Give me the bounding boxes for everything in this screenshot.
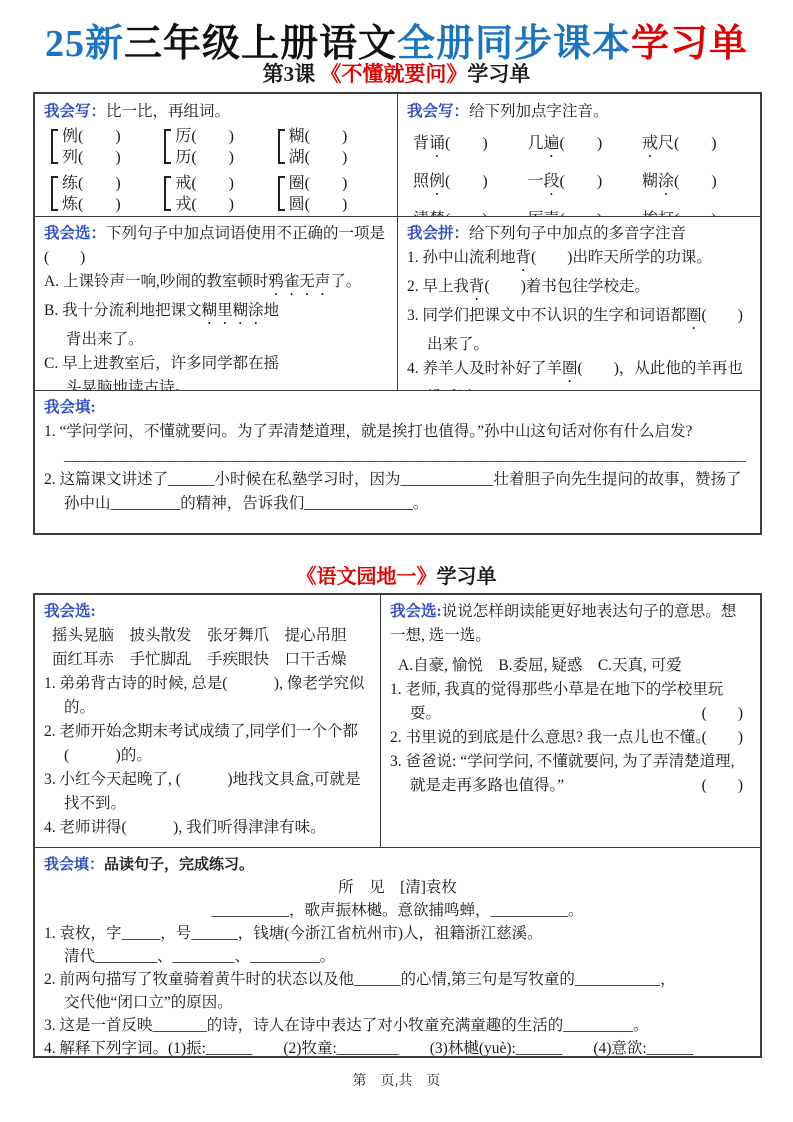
yuwen-yuandi-table: 我会选: 摇头晃脑 披头散发 张牙舞爪 提心吊胆 面红耳赤 手忙脚乱 手疾眼快 … xyxy=(33,593,762,1058)
write-pinyin-head: 我会写：给下列加点字注音。 xyxy=(407,99,751,124)
table1-row2: 我会选：下列句子中加点词语使用不正确的一项是( ) A. 上课铃声一响,吵闹的教… xyxy=(35,217,760,391)
char-pair: 厉( )历( ) xyxy=(161,126,274,168)
pair-top: 戒( ) xyxy=(175,173,274,194)
section-heading-suffix: 学习单 xyxy=(437,566,497,588)
reading-item: 2. 书里说的到底是什么意思? 我一点儿也不懂。( ) xyxy=(390,726,751,750)
char-pair: 圈( )圆( ) xyxy=(275,173,388,215)
choose-label: 我会选: xyxy=(390,603,442,620)
pinyin-prompt: 给下列句子中加点的多音字注音 xyxy=(469,225,686,242)
pair-bottom: 历( ) xyxy=(175,147,274,168)
lesson3-worksheet-table: 我会写：比一比，再组词。 例( )列( ) 厉( )历( ) 糊( )湖( ) … xyxy=(33,92,762,535)
pair-top: 厉( ) xyxy=(175,126,274,147)
write-pinyin-cell: 我会写：给下列加点字注音。 背诵( ) 几遍( ) 戒尺( ) 照例( ) 一段… xyxy=(398,94,760,216)
word-item: 挨打( ) xyxy=(642,208,751,216)
pair-top: 圈( ) xyxy=(289,173,388,194)
compare-pairs-grid: 例( )列( ) 厉( )历( ) 糊( )湖( ) 练( )炼( ) 戒( )… xyxy=(44,126,388,215)
choose-option-c: C. 早上进教室后，许多同学都在摇 头晃脑地读古诗。 xyxy=(44,352,388,390)
write-compare-head: 我会写：比一比，再组词。 xyxy=(44,99,388,124)
reading-choose-prompt: 说说怎样朗读能更好地表达句子的意思。想一想, 选一选。 xyxy=(390,603,736,644)
word-item: 清楚( ) xyxy=(413,208,527,216)
word-item: 照例( ) xyxy=(413,170,527,199)
char-pair: 戒( )戎( ) xyxy=(161,173,274,215)
poem-blank-line: __________，歌声振林樾。意欲捕鸣蝉，__________。 xyxy=(44,899,751,922)
word-item: 戒尺( ) xyxy=(642,132,751,161)
reading-choose-head: 我会选:说说怎样朗读能更好地表达句子的意思。想一想, 选一选。 xyxy=(390,600,751,648)
choose-head: 我会选：下列句子中加点词语使用不正确的一项是( ) xyxy=(44,222,388,270)
write-pinyin-prompt: 给下列加点字注音。 xyxy=(469,103,609,120)
reading-item: 3. 爸爸说: “学问学问, 不懂就要问, 为了弄清楚道理, 就是走再多路也值得… xyxy=(390,750,751,798)
pinyin-item: 2. 早上我背( )着书包往学校走。 xyxy=(407,275,751,304)
poem-question: 1. 袁枚，字_____，号______，钱塘(今浙江省杭州市)人，祖籍浙江慈溪… xyxy=(44,922,751,968)
fill-label: 我会填: xyxy=(44,396,751,420)
idiom-line-2: 面红耳赤 手忙脚乱 手疾眼快 口干舌燥 xyxy=(44,648,371,672)
table2-row1: 我会选: 摇头晃脑 披头散发 张牙舞爪 提心吊胆 面红耳赤 手忙脚乱 手疾眼快 … xyxy=(35,595,760,848)
answer-paren: ( ) xyxy=(722,774,751,798)
choose-option-b: B. 我十分流利地把课文糊里糊涂地 背出来了。 xyxy=(44,299,388,352)
idiom-item: 1. 弟弟背古诗的时候, 总是( ), 像老学究似的。 xyxy=(44,672,371,720)
fill-question-1: 1. “学问学问，不懂就要问。为了弄清楚道理，就是挨打也值得。”孙中山这句话对你… xyxy=(44,420,751,444)
worksheet-page: 25新三年级上册语文全册同步课本学习单 第3课 《不懂就要问》学习单 我会写：比… xyxy=(0,0,793,1122)
pair-top: 例( ) xyxy=(62,126,161,147)
pinyin-item: 4. 养羊人及时补好了羊圈( )，从此他的羊再也没丢过。 xyxy=(407,357,751,390)
idiom-choose-cell: 我会选: 摇头晃脑 披头散发 张牙舞爪 提心吊胆 面红耳赤 手忙脚乱 手疾眼快 … xyxy=(35,595,381,847)
table1-row3: 我会填: 1. “学问学问，不懂就要问。为了弄清楚道理，就是挨打也值得。”孙中山… xyxy=(35,391,760,534)
pair-bottom: 列( ) xyxy=(62,147,161,168)
section-heading: 《语文园地一》学习单 xyxy=(0,560,793,589)
fill-label: 我会填： xyxy=(44,856,104,873)
poem-question: 2. 前两句描写了牧童骑着黄牛时的状态以及他______的心情,第三句是写牧童的… xyxy=(44,968,751,1014)
pair-bottom: 戎( ) xyxy=(175,194,274,215)
poem-question: 3. 这是一首反映_______的诗，诗人在诗中表达了对小牧童充满童趣的生活的_… xyxy=(44,1014,751,1037)
reading-choose-cell: 我会选:说说怎样朗读能更好地表达句子的意思。想一想, 选一选。 A.自豪, 愉悦… xyxy=(381,595,760,847)
char-pair: 练( )炼( ) xyxy=(48,173,161,215)
choose-option-a: A. 上课铃声一响,吵闹的教室顿时鸦雀无声了。 xyxy=(44,270,388,299)
reading-options-line: A.自豪, 愉悦 B.委屈, 疑惑 C.天真, 可爱 xyxy=(390,654,751,678)
answer-paren: ( ) xyxy=(722,726,751,750)
pinyin-item: 3. 同学们把课文中不认识的生字和词语都圈( )出来了。 xyxy=(407,304,751,357)
idiom-line-1: 摇头晃脑 披头散发 张牙舞爪 提心吊胆 xyxy=(44,624,371,648)
pinyin-cell: 我会拼：给下列句子中加点的多音字注音 1. 孙中山流利地背( )出昨天所学的功课… xyxy=(398,217,760,390)
pair-bottom: 湖( ) xyxy=(289,147,388,168)
pair-bottom: 圆( ) xyxy=(289,194,388,215)
idiom-item: 2. 老师开始念期末考试成绩了,同学们一个个都( )的。 xyxy=(44,720,371,768)
pinyin-head: 我会拼：给下列句子中加点的多音字注音 xyxy=(407,222,751,246)
word-item: 背诵( ) xyxy=(413,132,527,161)
pinyin-words-grid: 背诵( ) 几遍( ) 戒尺( ) 照例( ) 一段( ) 糊涂( ) 清楚( … xyxy=(407,132,751,216)
subtitle-lesson-name: 《不懂就要问》 xyxy=(320,62,467,86)
choose-label: 我会选： xyxy=(44,225,106,242)
char-pair: 糊( )湖( ) xyxy=(275,126,388,168)
word-item: 一段( ) xyxy=(527,170,641,199)
choose-label: 我会选: xyxy=(44,600,371,624)
pair-bottom: 炼( ) xyxy=(62,194,161,215)
answer-blank-line: ________________________________________… xyxy=(44,444,751,468)
char-pair: 例( )列( ) xyxy=(48,126,161,168)
fill-question-2: 2. 这篇课文讲述了______小时候在私塾学习时，因为____________… xyxy=(44,468,751,516)
subtitle-suffix: 学习单 xyxy=(467,62,530,86)
subtitle-lesson-number: 第3课 xyxy=(263,62,321,86)
poem-title: 所 见 [清]袁枚 xyxy=(44,876,751,899)
table1-row1: 我会写：比一比，再组词。 例( )列( ) 厉( )历( ) 糊( )湖( ) … xyxy=(35,94,760,217)
pair-top: 糊( ) xyxy=(289,126,388,147)
write-compare-prompt: 比一比，再组词。 xyxy=(106,103,230,120)
idiom-item: 4. 老师讲得( ), 我们听得津津有味。 xyxy=(44,816,371,840)
poem-fill-prompt: 品读句子，完成练习。 xyxy=(104,856,254,873)
word-item: 厉声( ) xyxy=(527,208,641,216)
page-footer: 第 页,共 页 xyxy=(0,1070,793,1090)
word-item: 几遍( ) xyxy=(527,132,641,161)
word-item: 糊涂( ) xyxy=(642,170,751,199)
write-label: 我会写： xyxy=(407,103,469,120)
poem-fill-head: 我会填：品读句子，完成练习。 xyxy=(44,853,751,876)
fill-cell: 我会填: 1. “学问学问，不懂就要问。为了弄清楚道理，就是挨打也值得。”孙中山… xyxy=(35,391,760,534)
poem-question: 4. 解释下列字词。(1)振:______ (2)牧童:________ (3)… xyxy=(44,1037,751,1057)
lesson-subtitle: 第3课 《不懂就要问》学习单 xyxy=(0,58,793,88)
poem-fill-cell: 我会填：品读句子，完成练习。 所 见 [清]袁枚 __________，歌声振林… xyxy=(35,848,760,1057)
choose-cell: 我会选：下列句子中加点词语使用不正确的一项是( ) A. 上课铃声一响,吵闹的教… xyxy=(35,217,398,390)
pinyin-item: 1. 孙中山流利地背( )出昨天所学的功课。 xyxy=(407,246,751,275)
section-heading-name: 《语文园地一》 xyxy=(297,566,437,588)
reading-item: 1. 老师, 我真的觉得那些小草是在地下的学校里玩耍。( ) xyxy=(390,678,751,726)
idiom-item: 3. 小红今天起晚了, ( )地找文具盒,可就是找不到。 xyxy=(44,768,371,816)
answer-paren: ( ) xyxy=(722,702,751,726)
pair-top: 练( ) xyxy=(62,173,161,194)
write-label: 我会写： xyxy=(44,103,106,120)
write-compare-cell: 我会写：比一比，再组词。 例( )列( ) 厉( )历( ) 糊( )湖( ) … xyxy=(35,94,398,216)
pinyin-label: 我会拼： xyxy=(407,225,469,242)
table2-row2: 我会填：品读句子，完成练习。 所 见 [清]袁枚 __________，歌声振林… xyxy=(35,848,760,1057)
